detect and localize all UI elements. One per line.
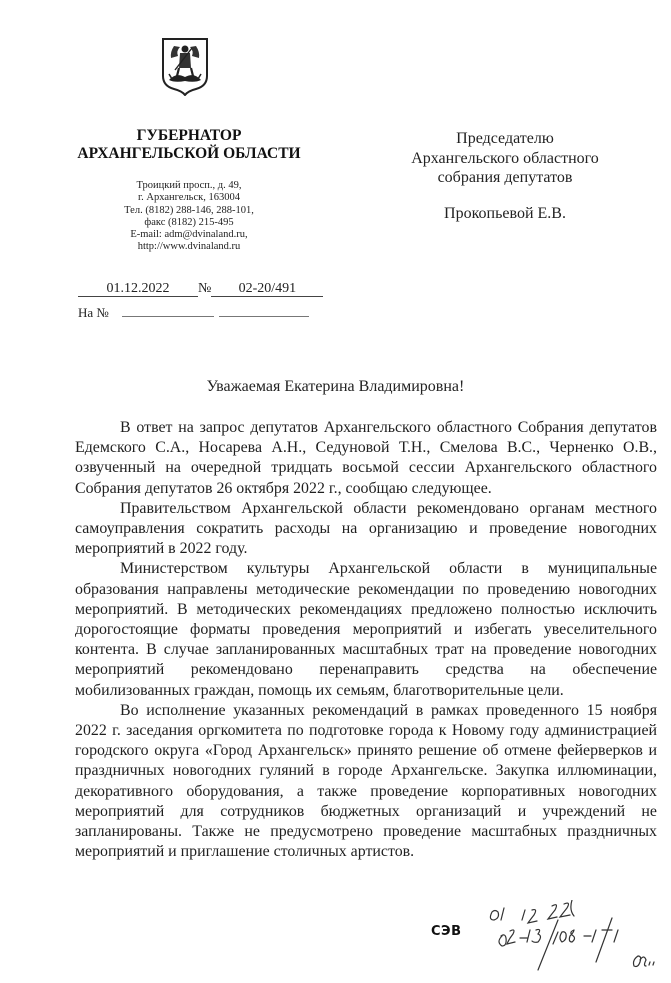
address-city: г. Архангельск, 163004	[60, 192, 318, 204]
sender-title-line2: АРХАНГЕЛЬСКОЙ ОБЛАСТИ	[60, 145, 318, 163]
registration-line: 01.12.2022№02-20/491	[78, 281, 323, 297]
handwritten-registration-note	[480, 900, 671, 983]
reference-number-blank	[122, 306, 214, 317]
body-paragraph: Министерством культуры Архангельской обл…	[75, 559, 657, 700]
recipient-line: Архангельского областного	[390, 149, 620, 169]
number-label: №	[198, 281, 211, 296]
reference-label: На №	[78, 305, 109, 320]
outgoing-number: 02-20/491	[211, 281, 323, 297]
reference-line: На №	[78, 305, 309, 321]
recipient-name: Прокопьевой Е.В.	[390, 205, 620, 223]
salutation: Уважаемая Екатерина Владимировна!	[0, 378, 671, 396]
outgoing-date: 01.12.2022	[78, 281, 198, 297]
body-paragraph: Во исполнение указанных рекомендаций в р…	[75, 701, 657, 863]
reference-date-blank	[219, 306, 309, 317]
recipient-block: Председателю Архангельского областного с…	[390, 129, 620, 188]
coat-of-arms-icon	[160, 36, 210, 96]
body-paragraph: В ответ на запрос депутатов Архангельско…	[75, 418, 657, 499]
sender-title-line1: ГУБЕРНАТОР	[60, 127, 318, 145]
sender-address-block: Троицкий просп., д. 49, г. Архангельск, …	[60, 180, 318, 254]
stamp-code: СЭВ	[431, 924, 462, 939]
address-phone: Тел. (8182) 288-146, 288-101,	[60, 205, 318, 217]
body-paragraph: Правительством Архангельской области рек…	[75, 499, 657, 560]
recipient-line: Председателю	[390, 129, 620, 149]
recipient-line: собрания депутатов	[390, 168, 620, 188]
address-fax: факс (8182) 215-495	[60, 217, 318, 229]
address-street: Троицкий просп., д. 49,	[60, 180, 318, 192]
letter-body: В ответ на запрос депутатов Архангельско…	[75, 418, 657, 862]
address-website: http://www.dvinaland.ru	[60, 241, 318, 253]
sender-organization-title: ГУБЕРНАТОР АРХАНГЕЛЬСКОЙ ОБЛАСТИ	[60, 127, 318, 163]
address-email: E-mail: adm@dvinaland.ru,	[60, 229, 318, 241]
